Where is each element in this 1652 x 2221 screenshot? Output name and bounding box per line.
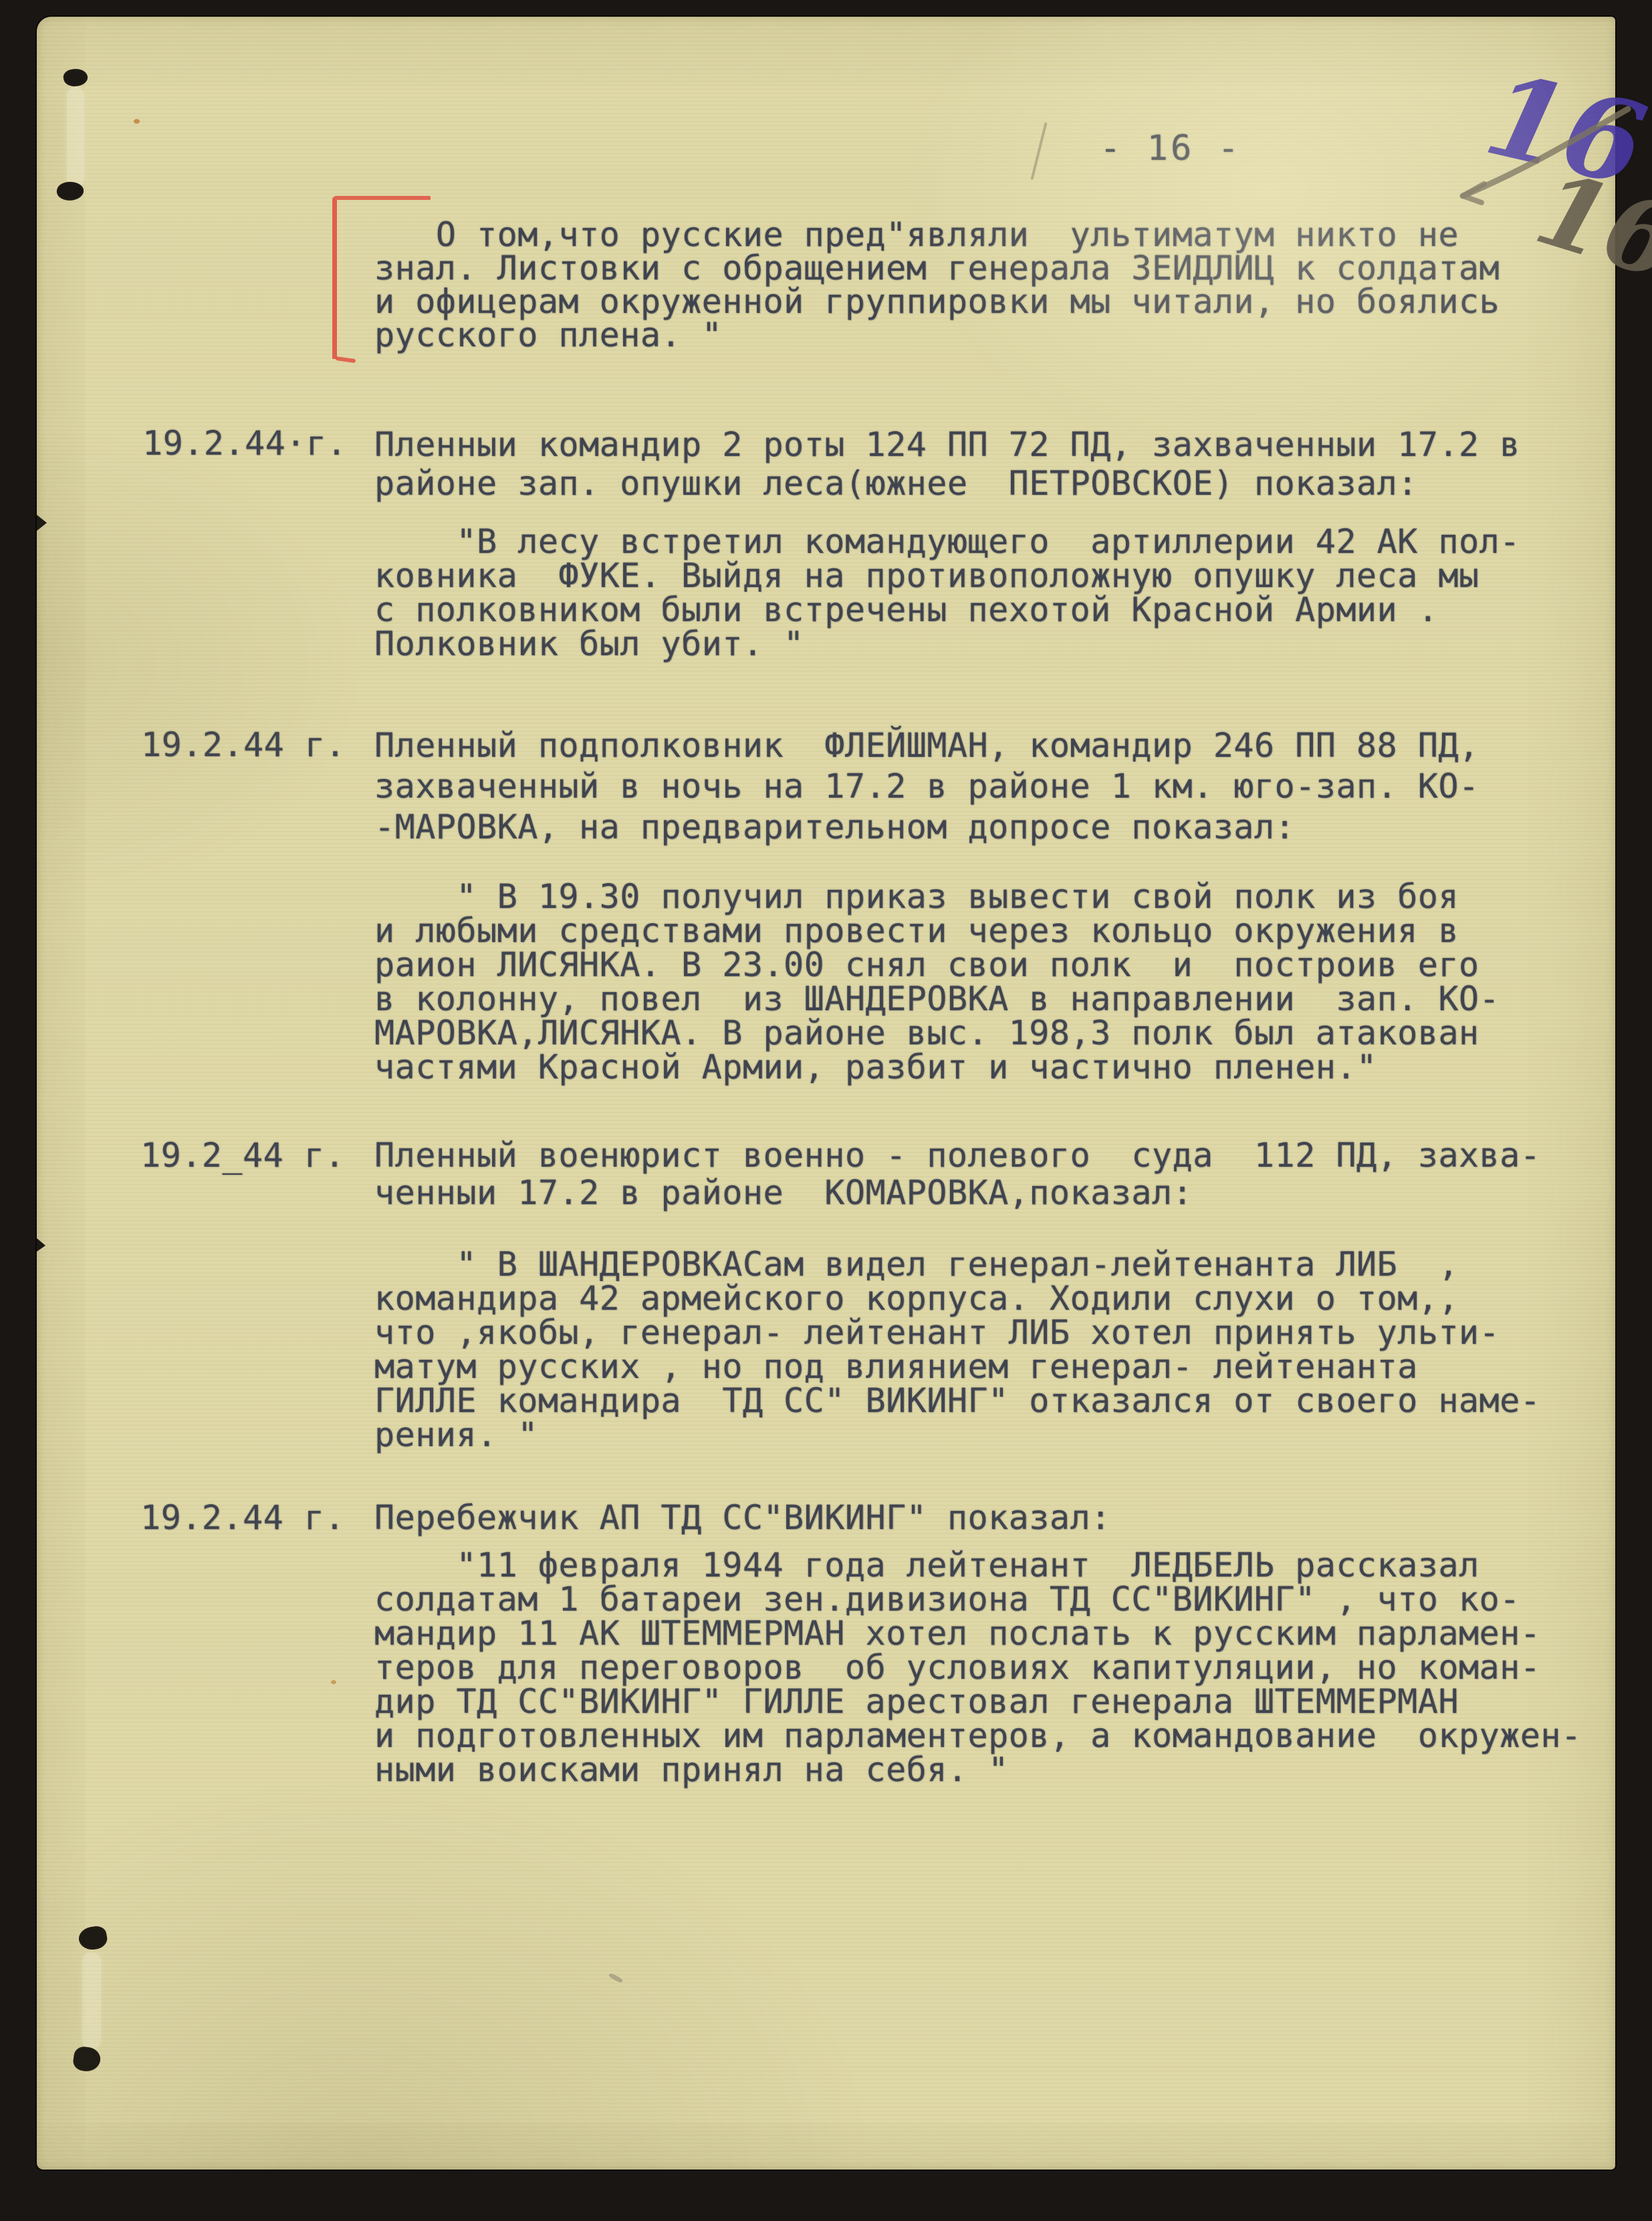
entry-3-quote: " В ШАНДЕРОВКАСам видел генерал-лейтенан… [374,1248,1618,1452]
entry-4-date: 19.2.44 г. [140,1501,368,1535]
entry-4-heading: Перебежчик АП ТД СС"ВИКИНГ" показал: [374,1501,1618,1535]
scanned-document-photo: { "document": { "page_number_typed": "- … [0,0,1652,2221]
pencil-slash-mark [1030,122,1047,180]
binder-slot-bottom [82,1952,101,2049]
entry-3-heading: Пленный военюрист военно - полевого суда… [374,1137,1618,1211]
entry-2-date: 19.2.44 г. [141,728,368,762]
edge-tear [37,1238,45,1252]
punch-hole [62,68,88,88]
page-number-typed: - 16 - [1100,132,1300,166]
entry-1-heading: Пленныи командир 2 роты 124 ПП 72 ПД, за… [374,425,1618,503]
entry-1-quote: "В лесу встретил командующего артиллерии… [374,525,1618,661]
document-page: - 16 - 16 16 О том,что русские пред"явля… [37,17,1615,2170]
paper-stain [134,119,140,124]
entry-4-quote: "11 февраля 1944 года лейтенант ЛЕДБЕЛЬ … [374,1548,1618,1787]
intro-quote-paragraph: О том,что русские пред"являли ультиматум… [374,218,1618,352]
punch-hole [72,2045,102,2073]
entry-2-heading: Пленный подполковник ФЛЕЙШМАН, командир … [374,725,1618,848]
binder-slot-top [67,87,84,187]
edge-tear [37,515,47,531]
entry-3-date: 19.2_44 г. [140,1139,368,1173]
red-bracket-hook [336,356,356,363]
paper-stain [608,1972,624,1984]
entry-1-date: 19.2.44·г. [142,427,370,461]
paper-stain [331,1680,336,1684]
punch-hole [77,1925,108,1952]
entry-2-quote: " В 19.30 получил приказ вывести свой по… [374,880,1618,1084]
